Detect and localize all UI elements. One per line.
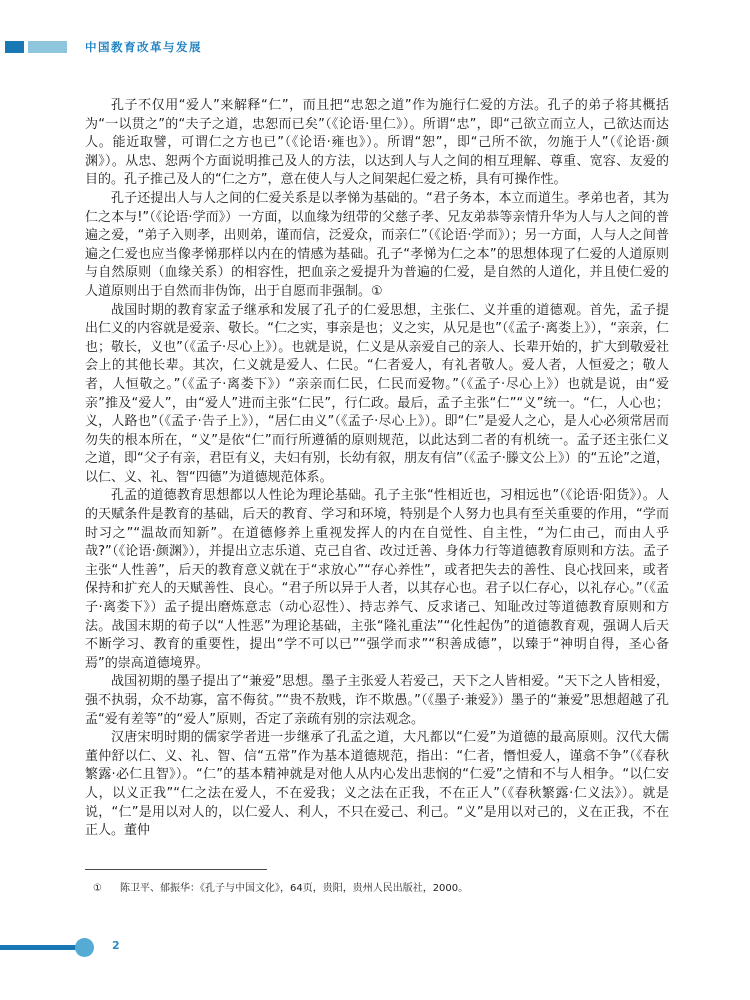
- paragraph: 孔孟的道德教育思想都以人性论为理论基础。孔子主张“性相近也，习相远也”（《论语·…: [85, 487, 669, 673]
- paragraph: 孔子不仅用“爱人”来解释“仁”，而且把“忠恕之道”作为施行仁爱的方法。孔子的弟子…: [85, 97, 669, 190]
- footer-accent-bar: [0, 945, 84, 950]
- footnote-area: ①陈卫平、郁振华：《孔子与中国文化》，64页，贵阳，贵州人民出版社，2000。: [85, 869, 669, 896]
- header-dark-bar: [5, 41, 24, 53]
- running-head-title: 中国教育改革与发展: [85, 39, 202, 55]
- book-page: 中国教育改革与发展 孔子不仅用“爱人”来解释“仁”，而且把“忠恕之道”作为施行仁…: [0, 0, 750, 1000]
- page-number: 2: [112, 939, 120, 952]
- footnote-text: 陈卫平、郁振华：《孔子与中国文化》，64页，贵阳，贵州人民出版社，2000。: [120, 883, 468, 894]
- paragraph: 孔子还提出人与人之间的仁爱关系是以孝悌为基础的。“君子务本，本立而道生。孝弟也者…: [85, 190, 669, 302]
- paragraph: 战国初期的墨子提出了“兼爱”思想。墨子主张爱人若爱己，天下之人皆相爱。“天下之人…: [85, 673, 669, 729]
- footnote-marker: ①: [93, 883, 102, 894]
- header-light-bar: [28, 41, 67, 53]
- paragraph: 汉唐宋明时期的儒家学者进一步继承了孔孟之道，大凡都以“仁爱”为道德的最高原则。汉…: [85, 729, 669, 841]
- footnote-separator: [85, 869, 267, 870]
- footnote: ①陈卫平、郁振华：《孔子与中国文化》，64页，贵阳，贵州人民出版社，2000。: [85, 882, 669, 896]
- body-text: 孔子不仅用“爱人”来解释“仁”，而且把“忠恕之道”作为施行仁爱的方法。孔子的弟子…: [85, 97, 669, 841]
- footer-accent-circle: [75, 938, 94, 957]
- page-header: 中国教育改革与发展: [0, 40, 750, 54]
- paragraph: 战国时期的教育家孟子继承和发展了孔子的仁爱思想，主张仁、义并重的道德观。首先，孟…: [85, 302, 669, 488]
